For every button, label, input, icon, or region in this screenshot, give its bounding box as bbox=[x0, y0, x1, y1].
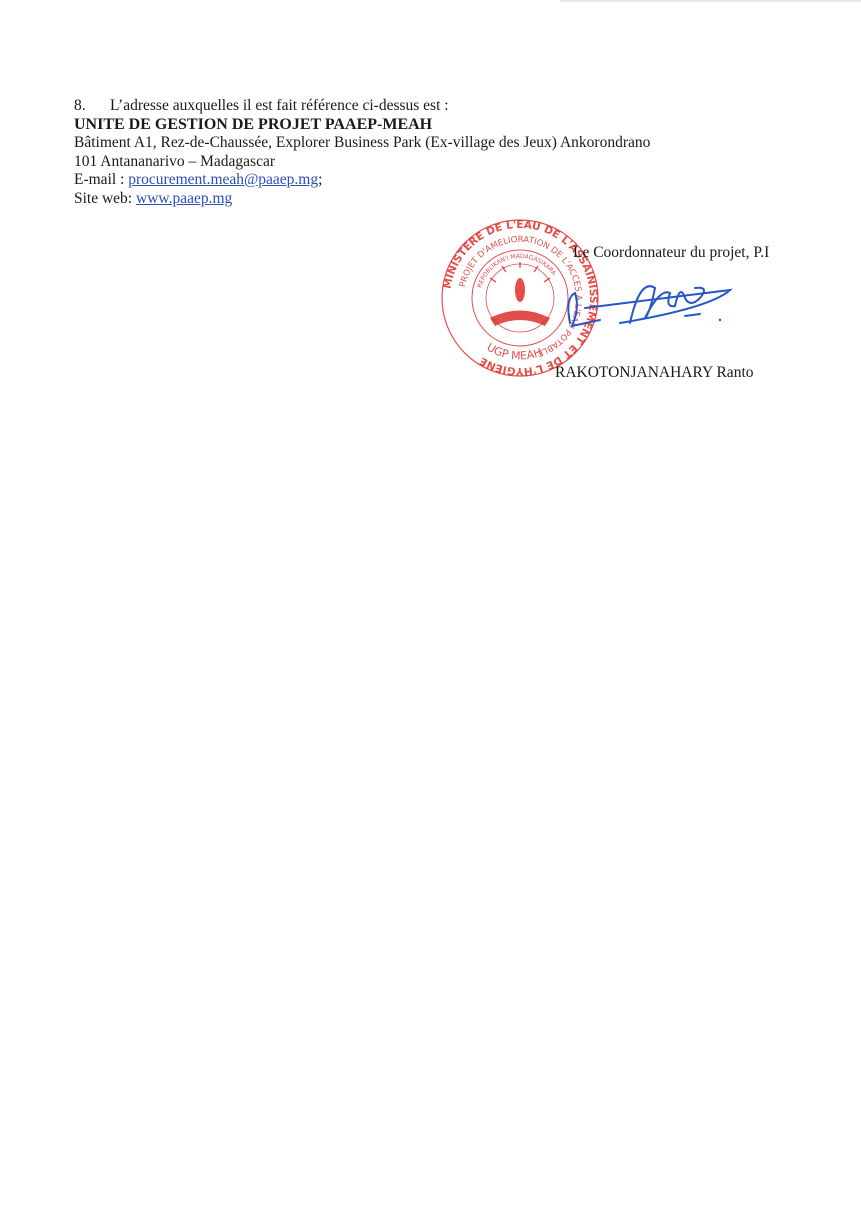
site-line: Site web: www.paaep.mg bbox=[74, 190, 650, 209]
email-line: E-mail : procurement.meah@paaep.mg; bbox=[74, 171, 650, 190]
address-line-1: Bâtiment A1, Rez-de-Chaussée, Explorer B… bbox=[74, 134, 650, 153]
address-section: 8.L’adresse auxquelles il est fait référ… bbox=[74, 97, 650, 208]
email-link[interactable]: procurement.meah@paaep.mg bbox=[128, 171, 318, 188]
email-suffix: ; bbox=[318, 171, 322, 188]
emblem-base-icon bbox=[490, 311, 550, 327]
site-link[interactable]: www.paaep.mg bbox=[136, 190, 232, 207]
address-line-2: 101 Antananarivo – Madagascar bbox=[74, 153, 650, 172]
email-label: E-mail : bbox=[74, 171, 128, 188]
item-number: 8. bbox=[74, 97, 110, 116]
site-label: Site web: bbox=[74, 190, 136, 207]
item-text: L’adresse auxquelles il est fait référen… bbox=[110, 97, 449, 114]
madagascar-map-icon bbox=[515, 278, 525, 302]
signatory-title: Le Coordonnateur du projet, P.I bbox=[573, 244, 769, 262]
org-name: UNITE DE GESTION DE PROJET PAAEP-MEAH bbox=[74, 116, 650, 135]
signatory-name: RAKOTONJANAHARY Ranto bbox=[555, 364, 754, 382]
scan-edge bbox=[560, 0, 861, 2]
item-line: 8.L’adresse auxquelles il est fait référ… bbox=[74, 97, 650, 116]
handwritten-signature bbox=[560, 268, 740, 338]
